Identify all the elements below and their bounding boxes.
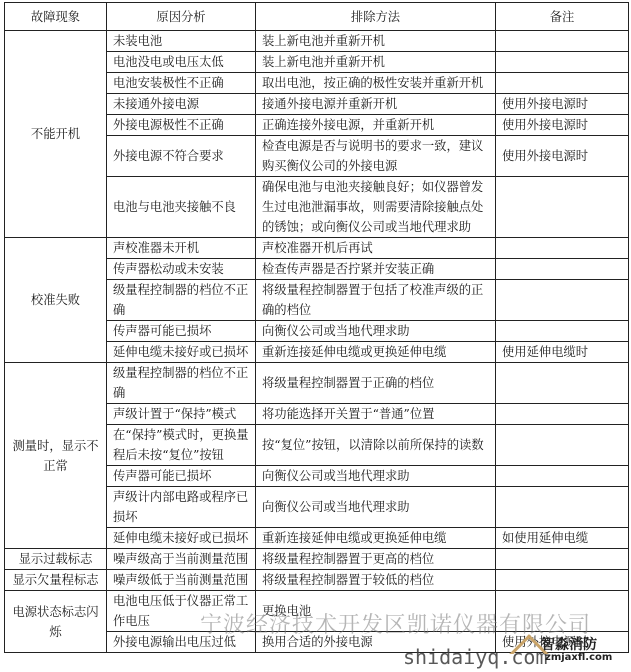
solution-cell: 装上新电池并重新开机	[256, 52, 496, 73]
table-row: 显示欠量程标志 噪声级低于当前测量范围 将级量程控制器置于较低的档位	[5, 570, 629, 591]
note-cell	[496, 549, 629, 570]
cause-cell: 外接电源极性不正确	[107, 115, 256, 136]
table-row: 校准失败 声校准器未开机 声校准器开机后再试	[5, 238, 629, 259]
solution-cell: 检查电源是否与说明书的要求一致，建议购买衡仪公司的外接电源	[256, 136, 496, 177]
note-cell	[496, 238, 629, 259]
cause-cell: 级量程控制器的档位不正确	[107, 280, 256, 321]
note-cell: 如使用延伸电缆	[496, 528, 629, 549]
symptom-cell: 测量时，显示不正常	[5, 363, 107, 549]
solution-cell: 确保电池与电池夹接触良好；如仪器曾发生过电池泄漏事故，则需要清除接触点处的锈蚀；…	[256, 177, 496, 238]
note-cell	[496, 363, 629, 404]
troubleshooting-table: 故障现象 原因分析 排除方法 备注 不能开机 未装电池 装上新电池并重新开机 电…	[4, 2, 629, 653]
cause-cell: 未装电池	[107, 31, 256, 52]
table-row: 测量时，显示不正常 级量程控制器的档位不正确 将级量程控制器置于正确的档位	[5, 363, 629, 404]
cause-cell: 在“保持”模式时，更换量程后未按“复位”按钮	[107, 425, 256, 466]
cause-cell: 电池与电池夹接触不良	[107, 177, 256, 238]
note-cell	[496, 52, 629, 73]
cause-cell: 声级计置于“保持”模式	[107, 404, 256, 425]
cause-cell: 声校准器未开机	[107, 238, 256, 259]
solution-cell: 向衡仪公司或当地代理求助	[256, 321, 496, 342]
cause-cell: 电池没电或电压太低	[107, 52, 256, 73]
symptom-cell: 显示欠量程标志	[5, 570, 107, 591]
note-cell: 使用外接电源时	[496, 136, 629, 177]
note-cell	[496, 259, 629, 280]
cause-cell: 未接通外接电源	[107, 94, 256, 115]
note-cell	[496, 31, 629, 52]
note-cell	[496, 404, 629, 425]
note-cell	[496, 177, 629, 238]
cause-cell: 延伸电缆未接好或已损坏	[107, 528, 256, 549]
solution-cell: 向衡仪公司或当地代理求助	[256, 466, 496, 487]
header-symptom: 故障现象	[5, 3, 107, 31]
cause-cell: 传声器可能已损坏	[107, 321, 256, 342]
note-cell	[496, 466, 629, 487]
solution-cell: 装上新电池并重新开机	[256, 31, 496, 52]
note-cell	[496, 280, 629, 321]
note-cell	[496, 425, 629, 466]
header-row: 故障现象 原因分析 排除方法 备注	[5, 3, 629, 31]
solution-cell: 将功能选择开关置于“普通”位置	[256, 404, 496, 425]
note-cell	[496, 487, 629, 528]
header-cause: 原因分析	[107, 3, 256, 31]
note-cell: 使用延伸电缆时	[496, 342, 629, 363]
solution-cell: 将级量程控制器置于更高的档位	[256, 549, 496, 570]
solution-cell: 将级量程控制器置于较低的档位	[256, 570, 496, 591]
symptom-cell: 校准失败	[5, 238, 107, 363]
logo-watermark: 智淼消防 zmjaxfl.com	[515, 634, 627, 668]
solution-cell: 重新连接延伸电缆或更换延伸电缆	[256, 528, 496, 549]
header-note: 备注	[496, 3, 629, 31]
solution-cell: 接通外接电源并重新开机	[256, 94, 496, 115]
table-row: 显示过载标志 噪声级高于当前测量范围 将级量程控制器置于更高的档位	[5, 549, 629, 570]
note-cell	[496, 570, 629, 591]
solution-cell: 将级量程控制器置于正确的档位	[256, 363, 496, 404]
solution-cell: 按“复位”按钮，以清除以前所保持的读数	[256, 425, 496, 466]
cause-cell: 声级计内部电路或程序已损坏	[107, 487, 256, 528]
symptom-cell: 显示过载标志	[5, 549, 107, 570]
cause-cell: 级量程控制器的档位不正确	[107, 363, 256, 404]
cause-cell: 电池安装极性不正确	[107, 73, 256, 94]
cause-cell: 传声器可能已损坏	[107, 466, 256, 487]
solution-cell: 将级量程控制器置于包括了校准声级的正确的档位	[256, 280, 496, 321]
note-cell: 使用外接电源时	[496, 115, 629, 136]
cause-cell: 传声器松动或未安装	[107, 259, 256, 280]
cause-cell: 延伸电缆未接好或已损坏	[107, 342, 256, 363]
solution-cell: 检查传声器是否拧紧并安装正确	[256, 259, 496, 280]
header-solution: 排除方法	[256, 3, 496, 31]
note-cell: 使用外接电源时	[496, 94, 629, 115]
solution-cell: 向衡仪公司或当地代理求助	[256, 487, 496, 528]
solution-cell: 正确连接外接电源，并重新开机	[256, 115, 496, 136]
symptom-cell: 不能开机	[5, 31, 107, 238]
solution-cell: 重新连接延伸电缆或更换延伸电缆	[256, 342, 496, 363]
cause-cell: 外接电源不符合要求	[107, 136, 256, 177]
cause-cell: 噪声级高于当前测量范围	[107, 549, 256, 570]
logo-site: zmjaxfl.com	[545, 652, 612, 663]
note-cell	[496, 73, 629, 94]
cause-cell: 噪声级低于当前测量范围	[107, 570, 256, 591]
solution-cell: 取出电池，按正确的极性安装并重新开机	[256, 73, 496, 94]
solution-cell: 声校准器开机后再试	[256, 238, 496, 259]
logo-name: 智淼消防	[541, 634, 597, 654]
table-row: 不能开机 未装电池 装上新电池并重新开机	[5, 31, 629, 52]
symptom-cell: 电源状态标志闪烁	[5, 591, 107, 653]
note-cell	[496, 321, 629, 342]
